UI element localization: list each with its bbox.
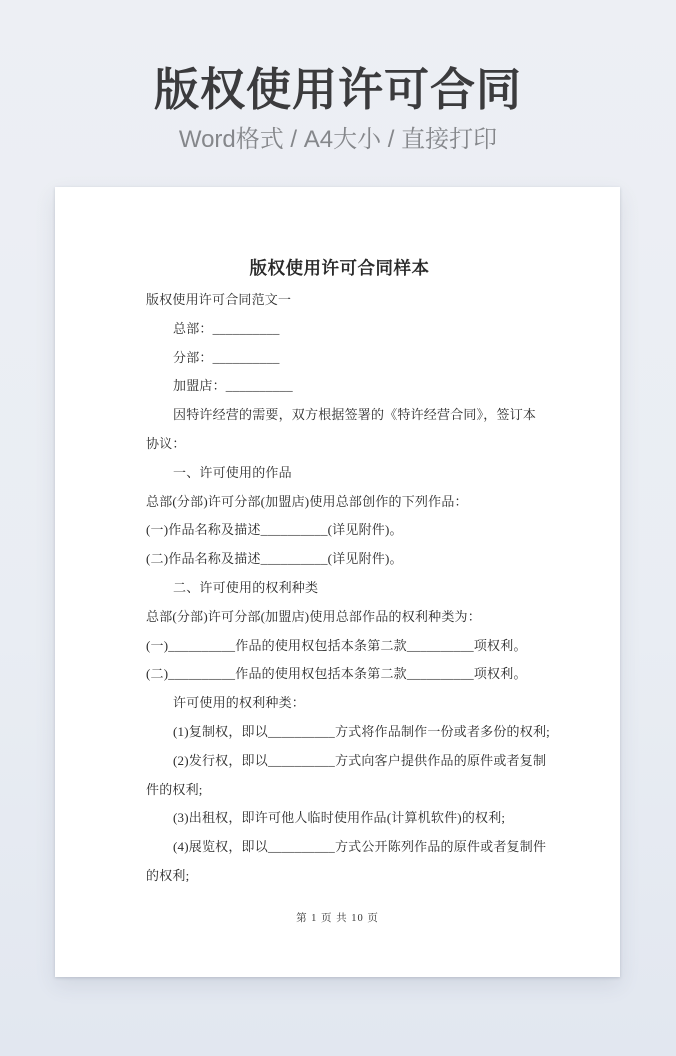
document-line: 许可使用的权利种类： bbox=[146, 689, 533, 718]
document-line: 加盟店：__________ bbox=[146, 372, 533, 401]
document-line: (4)展览权，即以__________方式公开陈列作品的原件或者复制件 bbox=[146, 833, 533, 862]
header-banner: 版权使用许可合同 Word格式 / A4大小 / 直接打印 bbox=[0, 0, 676, 155]
document-line: 总部(分部)许可分部(加盟店)使用总部创作的下列作品： bbox=[146, 488, 533, 517]
document-line: (一)作品名称及描述__________(详见附件)。 bbox=[146, 516, 533, 545]
page-subtitle: Word格式 / A4大小 / 直接打印 bbox=[0, 125, 676, 155]
document-line: 二、许可使用的权利种类 bbox=[146, 574, 533, 603]
document-line: (二)作品名称及描述__________(详见附件)。 bbox=[146, 545, 533, 574]
document-page: 版权使用许可合同样本 版权使用许可合同范文一 总部：__________ 分部：… bbox=[55, 187, 620, 977]
document-line: (1)复制权，即以__________方式将作品制作一份或者多份的权利; bbox=[146, 718, 533, 747]
document-line: (2)发行权，即以__________方式向客户提供作品的原件或者复制 bbox=[146, 747, 533, 776]
document-title: 版权使用许可合同样本 bbox=[146, 257, 533, 279]
document-line: 分部：__________ bbox=[146, 344, 533, 373]
document-line: 一、许可使用的作品 bbox=[146, 459, 533, 488]
page-title: 版权使用许可合同 bbox=[0, 64, 676, 116]
document-line: 因特许经营的需要，双方根据签署的《特许经营合同》，签订本 bbox=[146, 401, 533, 430]
document-body: 版权使用许可合同范文一 总部：__________ 分部：__________ … bbox=[146, 286, 533, 891]
document-line: (一)__________作品的使用权包括本条第二款__________项权利。 bbox=[146, 632, 533, 661]
document-line: 版权使用许可合同范文一 bbox=[146, 286, 533, 315]
document-line: (3)出租权，即许可他人临时使用作品(计算机软件)的权利; bbox=[146, 804, 533, 833]
document-line: 件的权利; bbox=[146, 776, 533, 805]
document-line: 协议： bbox=[146, 430, 533, 459]
page-number-footer: 第 1 页 共 10 页 bbox=[55, 910, 620, 925]
document-line: (二)__________作品的使用权包括本条第二款__________项权利。 bbox=[146, 660, 533, 689]
document-line: 总部：__________ bbox=[146, 315, 533, 344]
document-line: 的权利; bbox=[146, 862, 533, 891]
document-content: 版权使用许可合同样本 版权使用许可合同范文一 总部：__________ 分部：… bbox=[146, 187, 533, 891]
document-line: 总部(分部)许可分部(加盟店)使用总部作品的权利种类为： bbox=[146, 603, 533, 632]
